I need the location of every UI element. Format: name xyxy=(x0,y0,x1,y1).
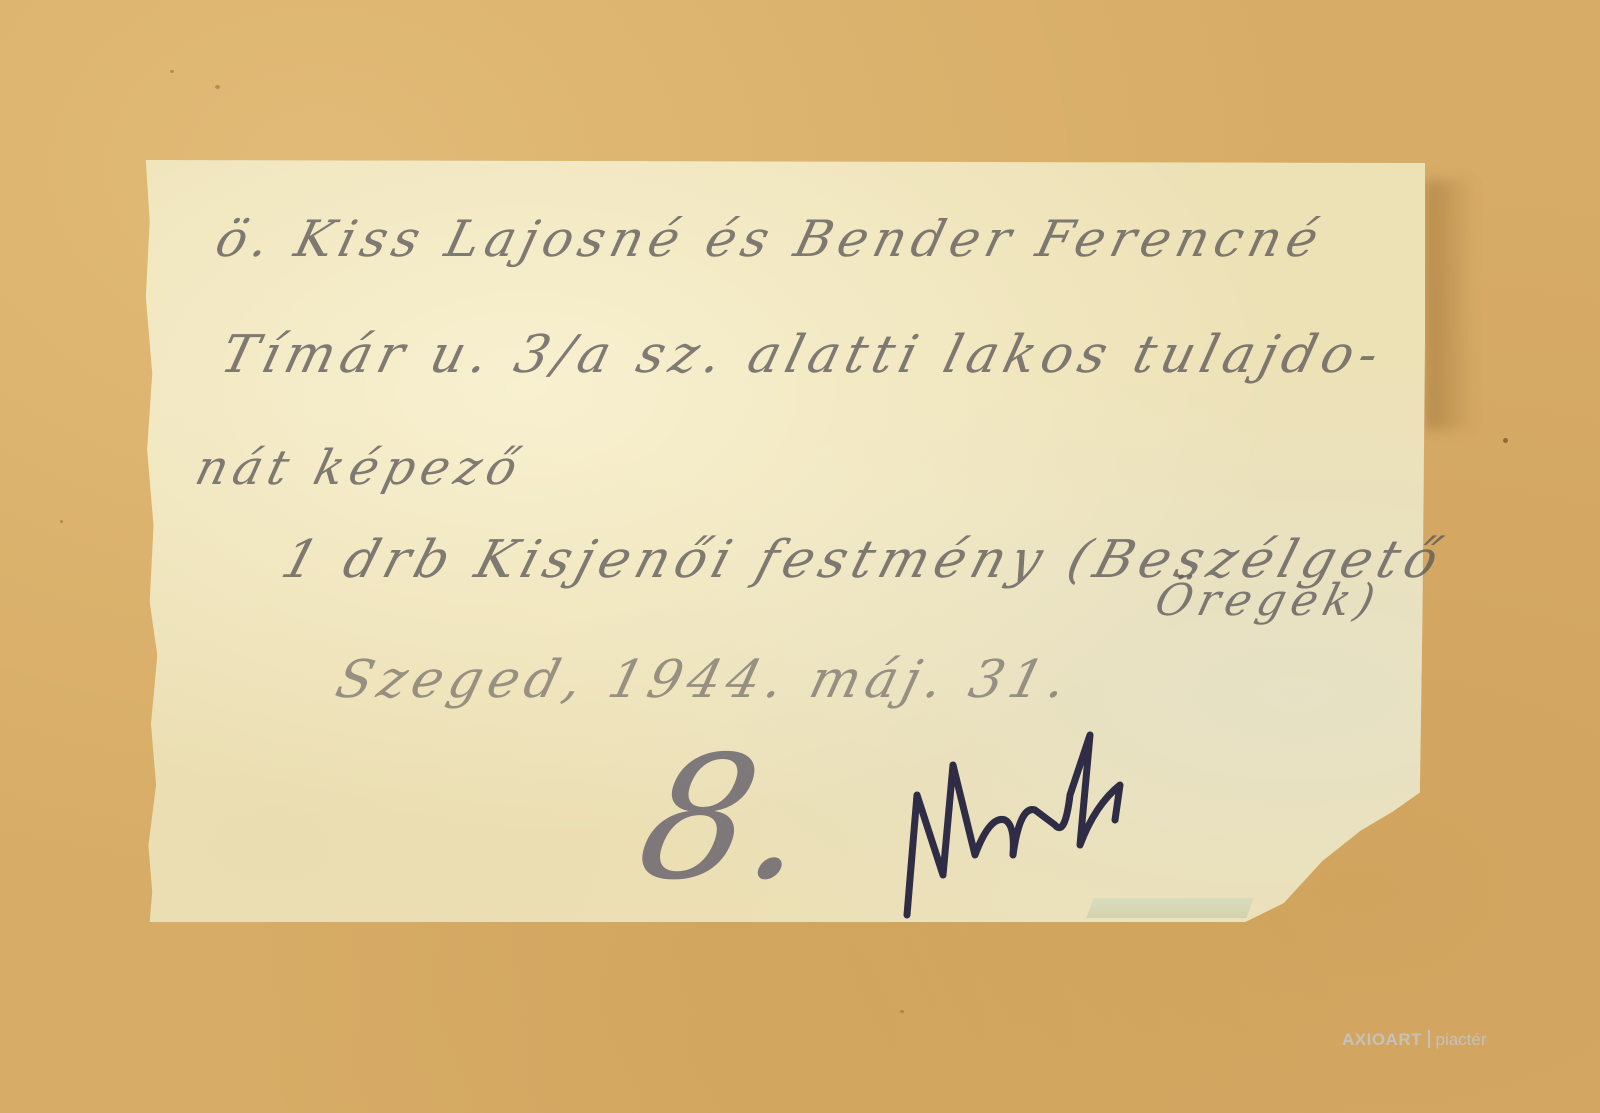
board-speck xyxy=(900,1010,904,1013)
note-line-5: Öregek) xyxy=(1150,575,1386,626)
note-line-2: Tímár u. 3/a sz. alatti lakos tulajdo- xyxy=(215,325,1390,385)
watermark-separator xyxy=(1428,1030,1430,1048)
board-speck xyxy=(60,520,63,523)
board-speck xyxy=(215,85,220,89)
note-line-1: ö. Kiss Lajosné és Bender Ferencné xyxy=(210,210,1330,268)
watermark: AXIOARTpiactér xyxy=(1342,1030,1487,1050)
signature xyxy=(895,725,1315,925)
note-shadow xyxy=(1425,180,1475,430)
note-line-4-main: 1 drb Kisjenői festmény xyxy=(275,530,1055,590)
board-speck xyxy=(170,70,174,73)
note-date-line: Szeged, 1944. máj. 31. xyxy=(330,650,1079,710)
watermark-brand: AXIOART xyxy=(1342,1030,1422,1049)
board-speck xyxy=(1503,438,1508,443)
note-line-3: nát képező xyxy=(190,440,529,496)
watermark-section: piactér xyxy=(1436,1030,1487,1049)
